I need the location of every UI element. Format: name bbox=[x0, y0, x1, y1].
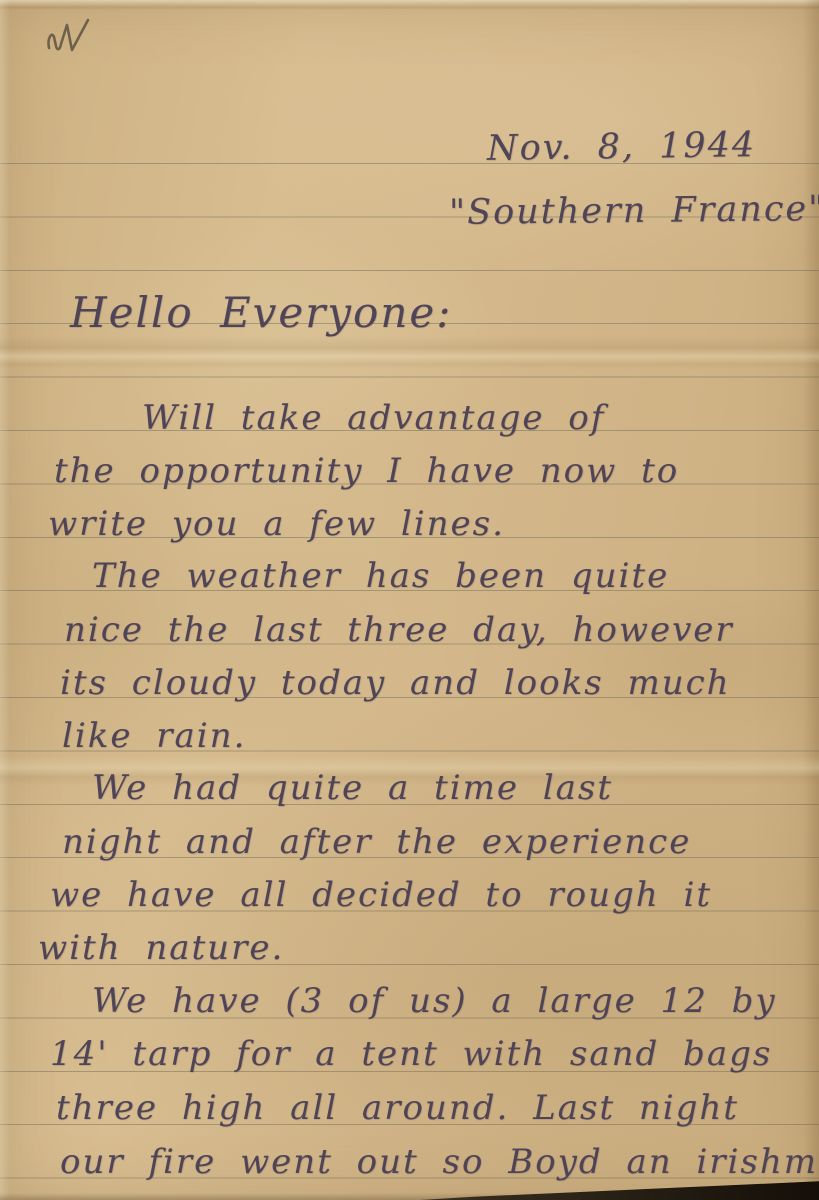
letter-date: Nov. 8, 1944 bbox=[487, 124, 757, 170]
letter-line: with nature. bbox=[38, 928, 284, 969]
corner-pen-mark-icon bbox=[44, 16, 98, 62]
paper-left-edge bbox=[0, 0, 10, 1200]
letter-line: nice the last three day, however bbox=[64, 610, 734, 651]
letter-line: The weather has been quite bbox=[92, 556, 669, 597]
letter-line: like rain. bbox=[62, 716, 246, 757]
letter-line: the opportunity I have now to bbox=[54, 451, 679, 492]
letter-line: We have (3 of us) a large 12 by bbox=[92, 981, 777, 1022]
letter-line: We had quite a time last bbox=[92, 768, 613, 809]
letter-line: 14' tarp for a tent with sand bags bbox=[50, 1034, 772, 1075]
letter-line: three high all around. Last night bbox=[56, 1088, 739, 1129]
paper-crease-upper bbox=[0, 336, 819, 370]
letter-paper: Nov. 8, 1944 "Southern France" Hello Eve… bbox=[0, 0, 819, 1200]
paper-right-edge bbox=[803, 0, 819, 1200]
letter-line: write you a few lines. bbox=[48, 504, 505, 545]
letter-line: night and after the experience bbox=[62, 822, 691, 863]
letter-line: our fire went out so Boyd an irishman bbox=[60, 1142, 819, 1183]
letter-line: its cloudy today and looks much bbox=[60, 663, 731, 704]
letter-line: we have all decided to rough it bbox=[50, 875, 712, 916]
letter-location: "Southern France" bbox=[449, 188, 819, 234]
paper-top-edge bbox=[0, 0, 819, 10]
letter-line: Will take advantage of bbox=[142, 398, 605, 439]
letter-salutation: Hello Everyone: bbox=[70, 288, 452, 338]
